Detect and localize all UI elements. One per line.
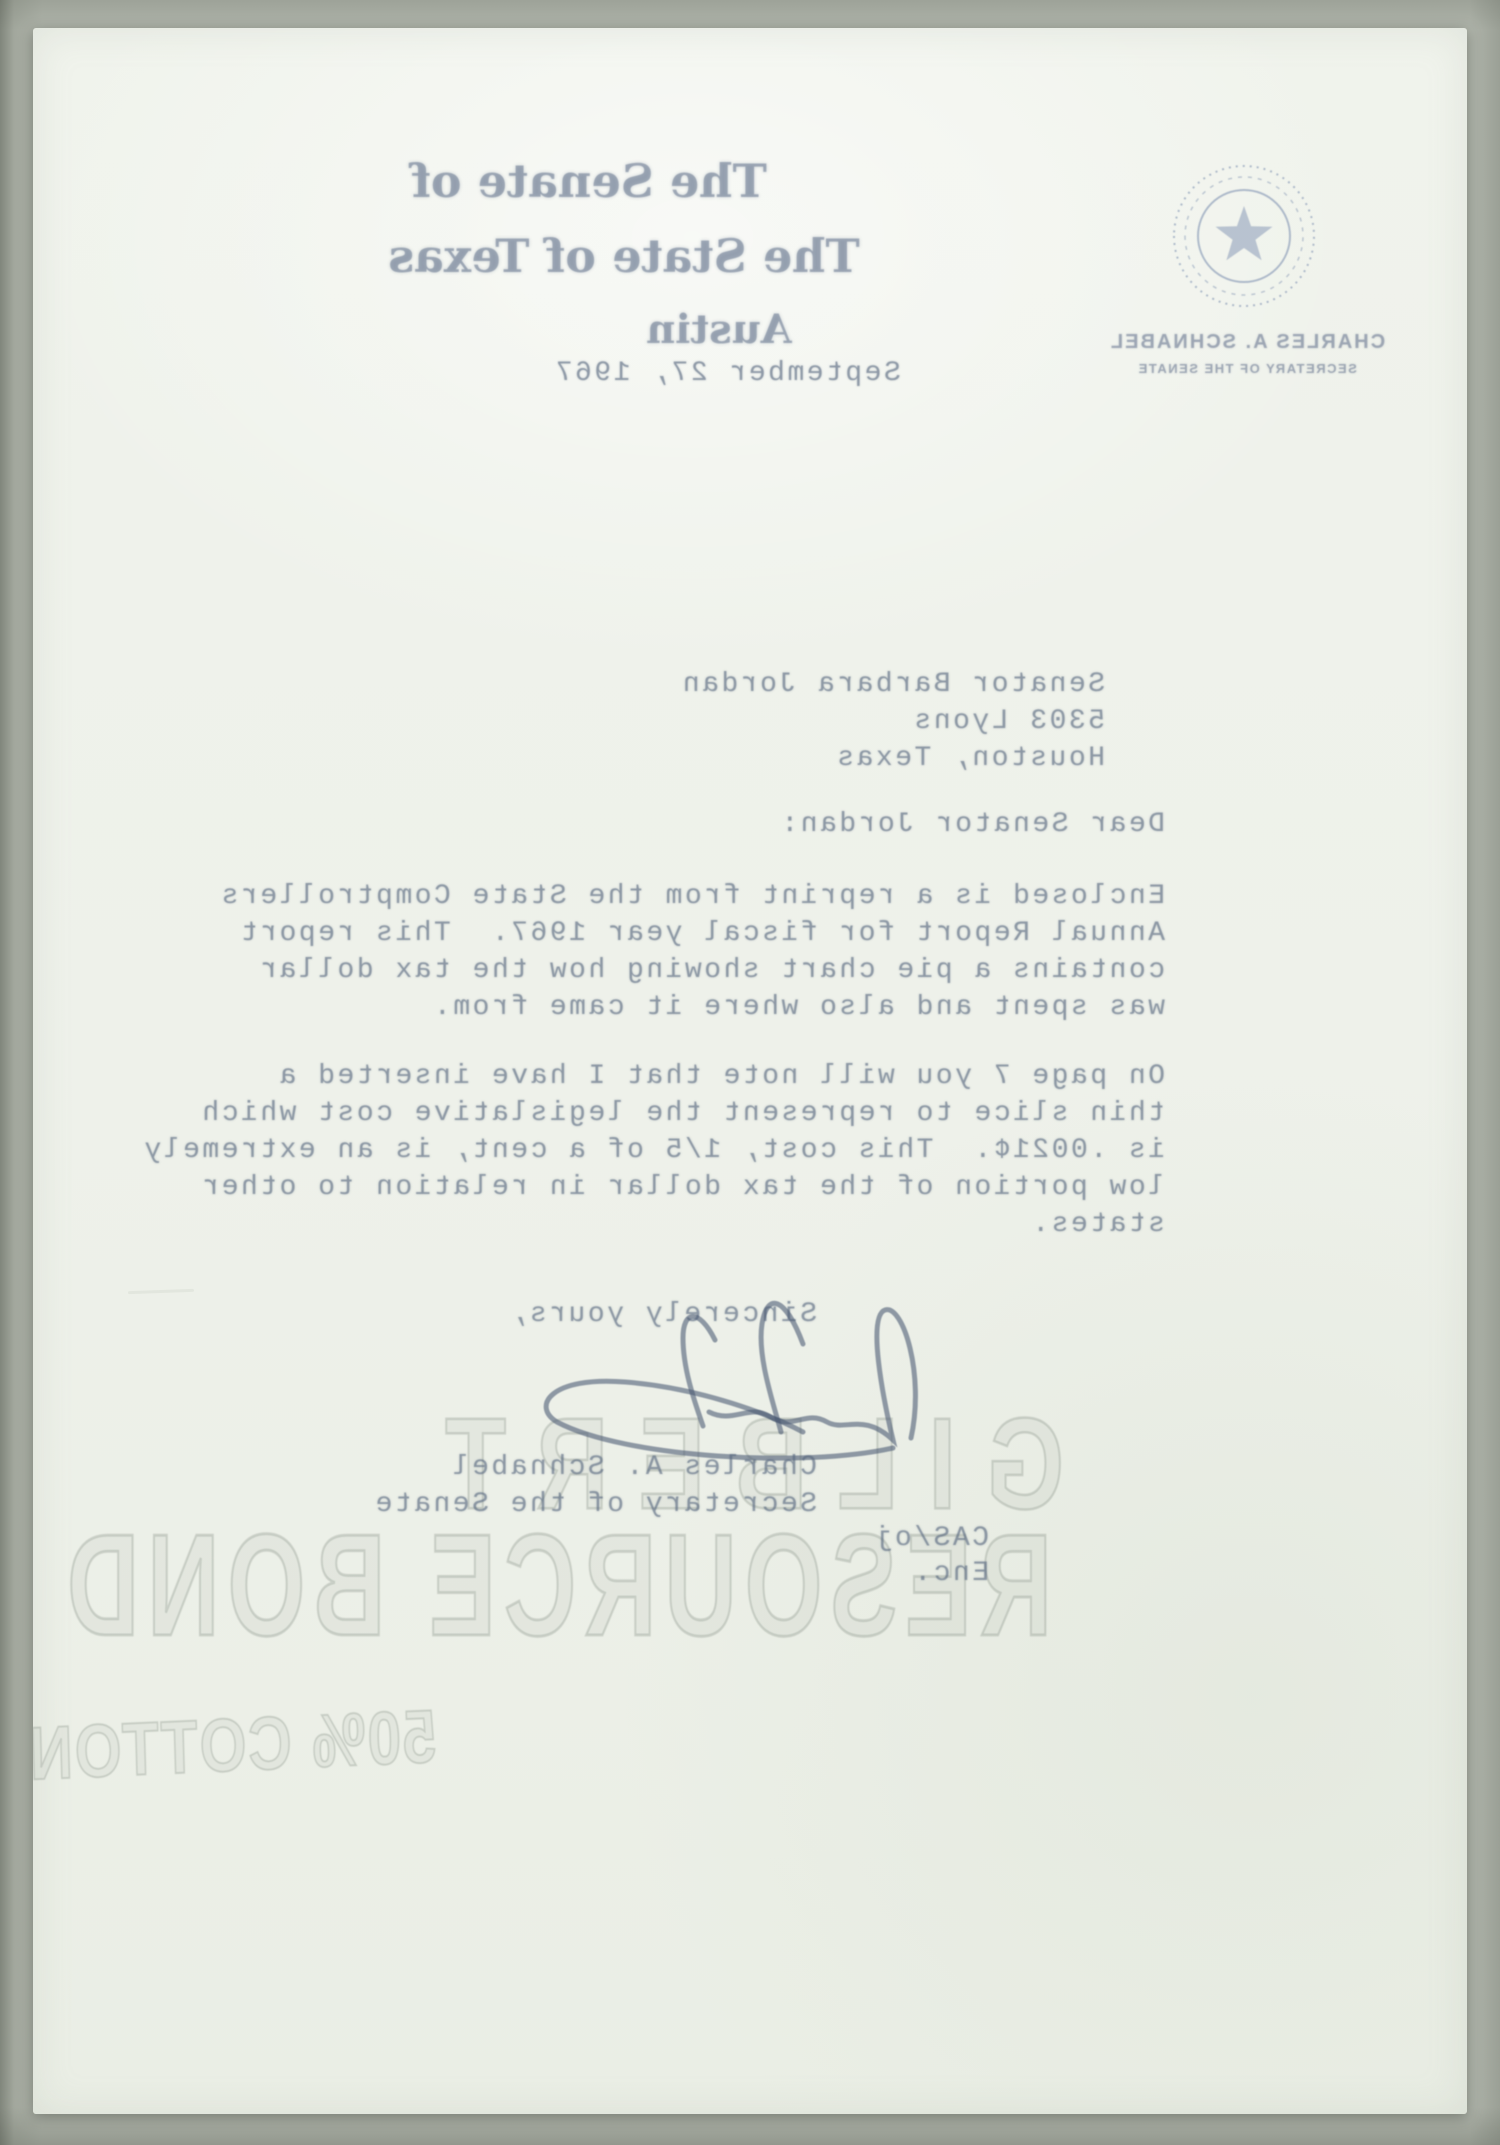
scanned-letter-verso: GILBERT RESOURCE BOND 50% COTTON The Sen…	[0, 0, 1500, 2145]
letterhead-line-3: Austin	[646, 306, 791, 353]
texas-state-seal-icon	[1169, 161, 1319, 311]
official-name: CHARLES A. SCHNABEL	[1109, 331, 1385, 354]
signature-icon	[515, 1280, 955, 1470]
enclosure-note: Enc.	[912, 1555, 989, 1592]
typist-initials: CAS/oj	[873, 1520, 989, 1557]
letterhead-line-1: The Senate of	[411, 154, 767, 208]
salutation: Dear Senator Jordan:	[779, 806, 1165, 843]
watermark-cotton: 50% COTTON	[33, 1693, 437, 1797]
body-paragraph-1: Enclosed is a reprint from the State Com…	[219, 878, 1165, 1026]
body-paragraph-2: On page 7 you will note that I have inse…	[142, 1058, 1165, 1243]
paper-sheet: GILBERT RESOURCE BOND 50% COTTON The Sen…	[33, 28, 1467, 2114]
signer-name: Charles A. Schnabel	[450, 1449, 817, 1486]
signer-title: Secretary of the Senate	[373, 1486, 817, 1523]
recipient-address: Senator Barbara Jordan 5303 Lyons Housto…	[680, 666, 1105, 777]
bleed-through-layer: GILBERT RESOURCE BOND 50% COTTON The Sen…	[33, 28, 1467, 2114]
official-title: SECRETARY OF THE SENATE	[1137, 361, 1357, 376]
letterhead-line-2: The State of Texas	[388, 229, 860, 283]
letter-date: September 27, 1967	[553, 355, 900, 392]
